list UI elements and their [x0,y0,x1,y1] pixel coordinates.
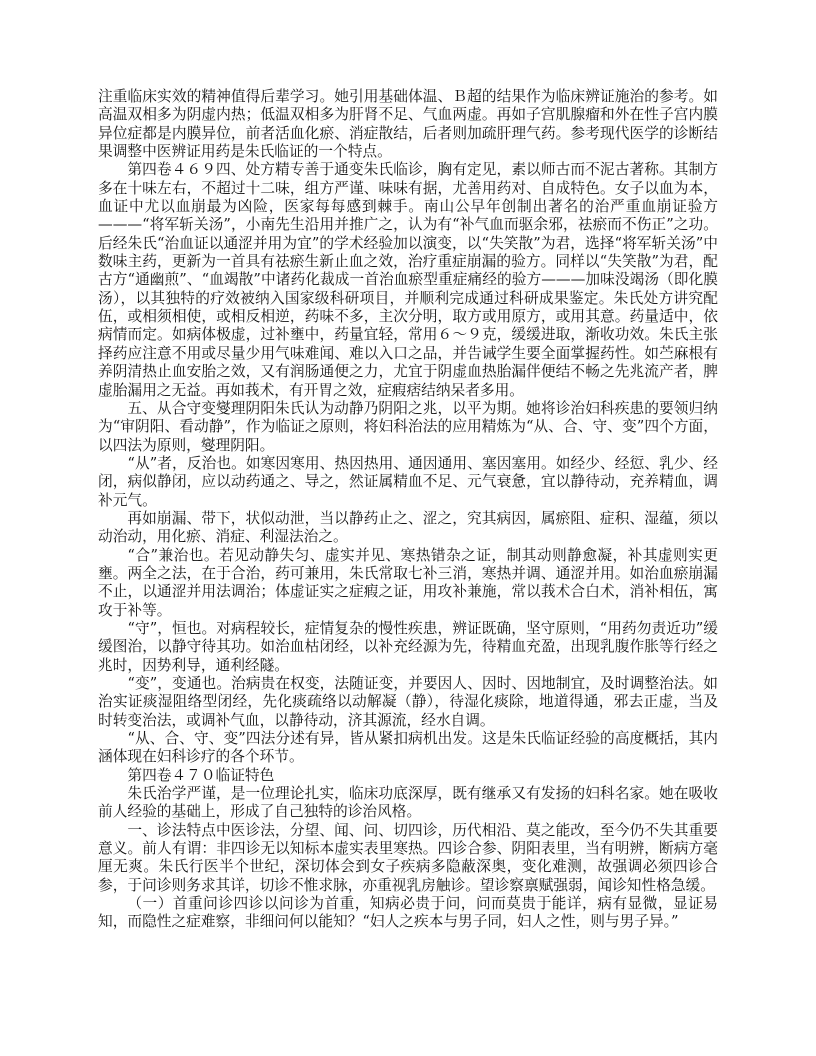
paragraph: 一、诊法特点中医诊法，分望、闻、问、切四诊，历代相沿、莫之能改，至今仍不失其重要… [98,822,718,895]
paragraph: 朱氏治学严谨，是一位理论扎实，临床功底深厚，既有继承又有发扬的妇科名家。她在吸收… [98,785,718,822]
document-page: 注重临床实效的精神值得后辈学习。她引用基础体温、Ｂ超的结果作为临床辨证施治的参考… [0,0,816,1056]
paragraph: “变”，变通也。治病贵在权变，法随证变，并要因人、因时、因地制宜，及时调整治法。… [98,675,718,730]
paragraph: 第四卷４６９四、处方精专善于通变朱氏临诊，胸有定见，素以师古而不泥古著称。其制方… [98,161,718,399]
paragraph: “从、合、守、变”四法分述有异，皆从紧扣病机出发。这是朱氏临证经验的高度概括，其… [98,730,718,767]
page-text: 注重临床实效的精神值得后辈学习。她引用基础体温、Ｂ超的结果作为临床辨证施治的参考… [98,88,718,932]
paragraph: “从”者，反治也。如寒因寒用、热因热用、通因通用、塞因塞用。如经少、经愆、乳少、… [98,455,718,510]
paragraph: “守”，恒也。对病程较长，症情复杂的慢性疾患，辨证既确，坚守原则，“用药勿责近功… [98,620,718,675]
paragraph: 再如崩漏、带下，状似动泄，当以静药止之、涩之，究其病因，属瘀阻、症积、湿蕴，须以… [98,510,718,547]
paragraph: （一）首重问诊四诊以问诊为首重，知病必贵于问，问而莫贵于能详，病有显微，显证易知… [98,895,718,932]
paragraph: 注重临床实效的精神值得后辈学习。她引用基础体温、Ｂ超的结果作为临床辨证施治的参考… [98,88,718,161]
paragraph: 五、从合守变燮理阴阳朱氏认为动静乃阴阳之兆，以平为期。她将诊治妇科疾患的要领归纳… [98,400,718,455]
paragraph: “合”兼治也。若见动静失匀、虚实并见、寒热错杂之证，制其动则静愈凝，补其虚则实更… [98,547,718,620]
paragraph: 第四卷４７０临证特色 [98,767,718,785]
